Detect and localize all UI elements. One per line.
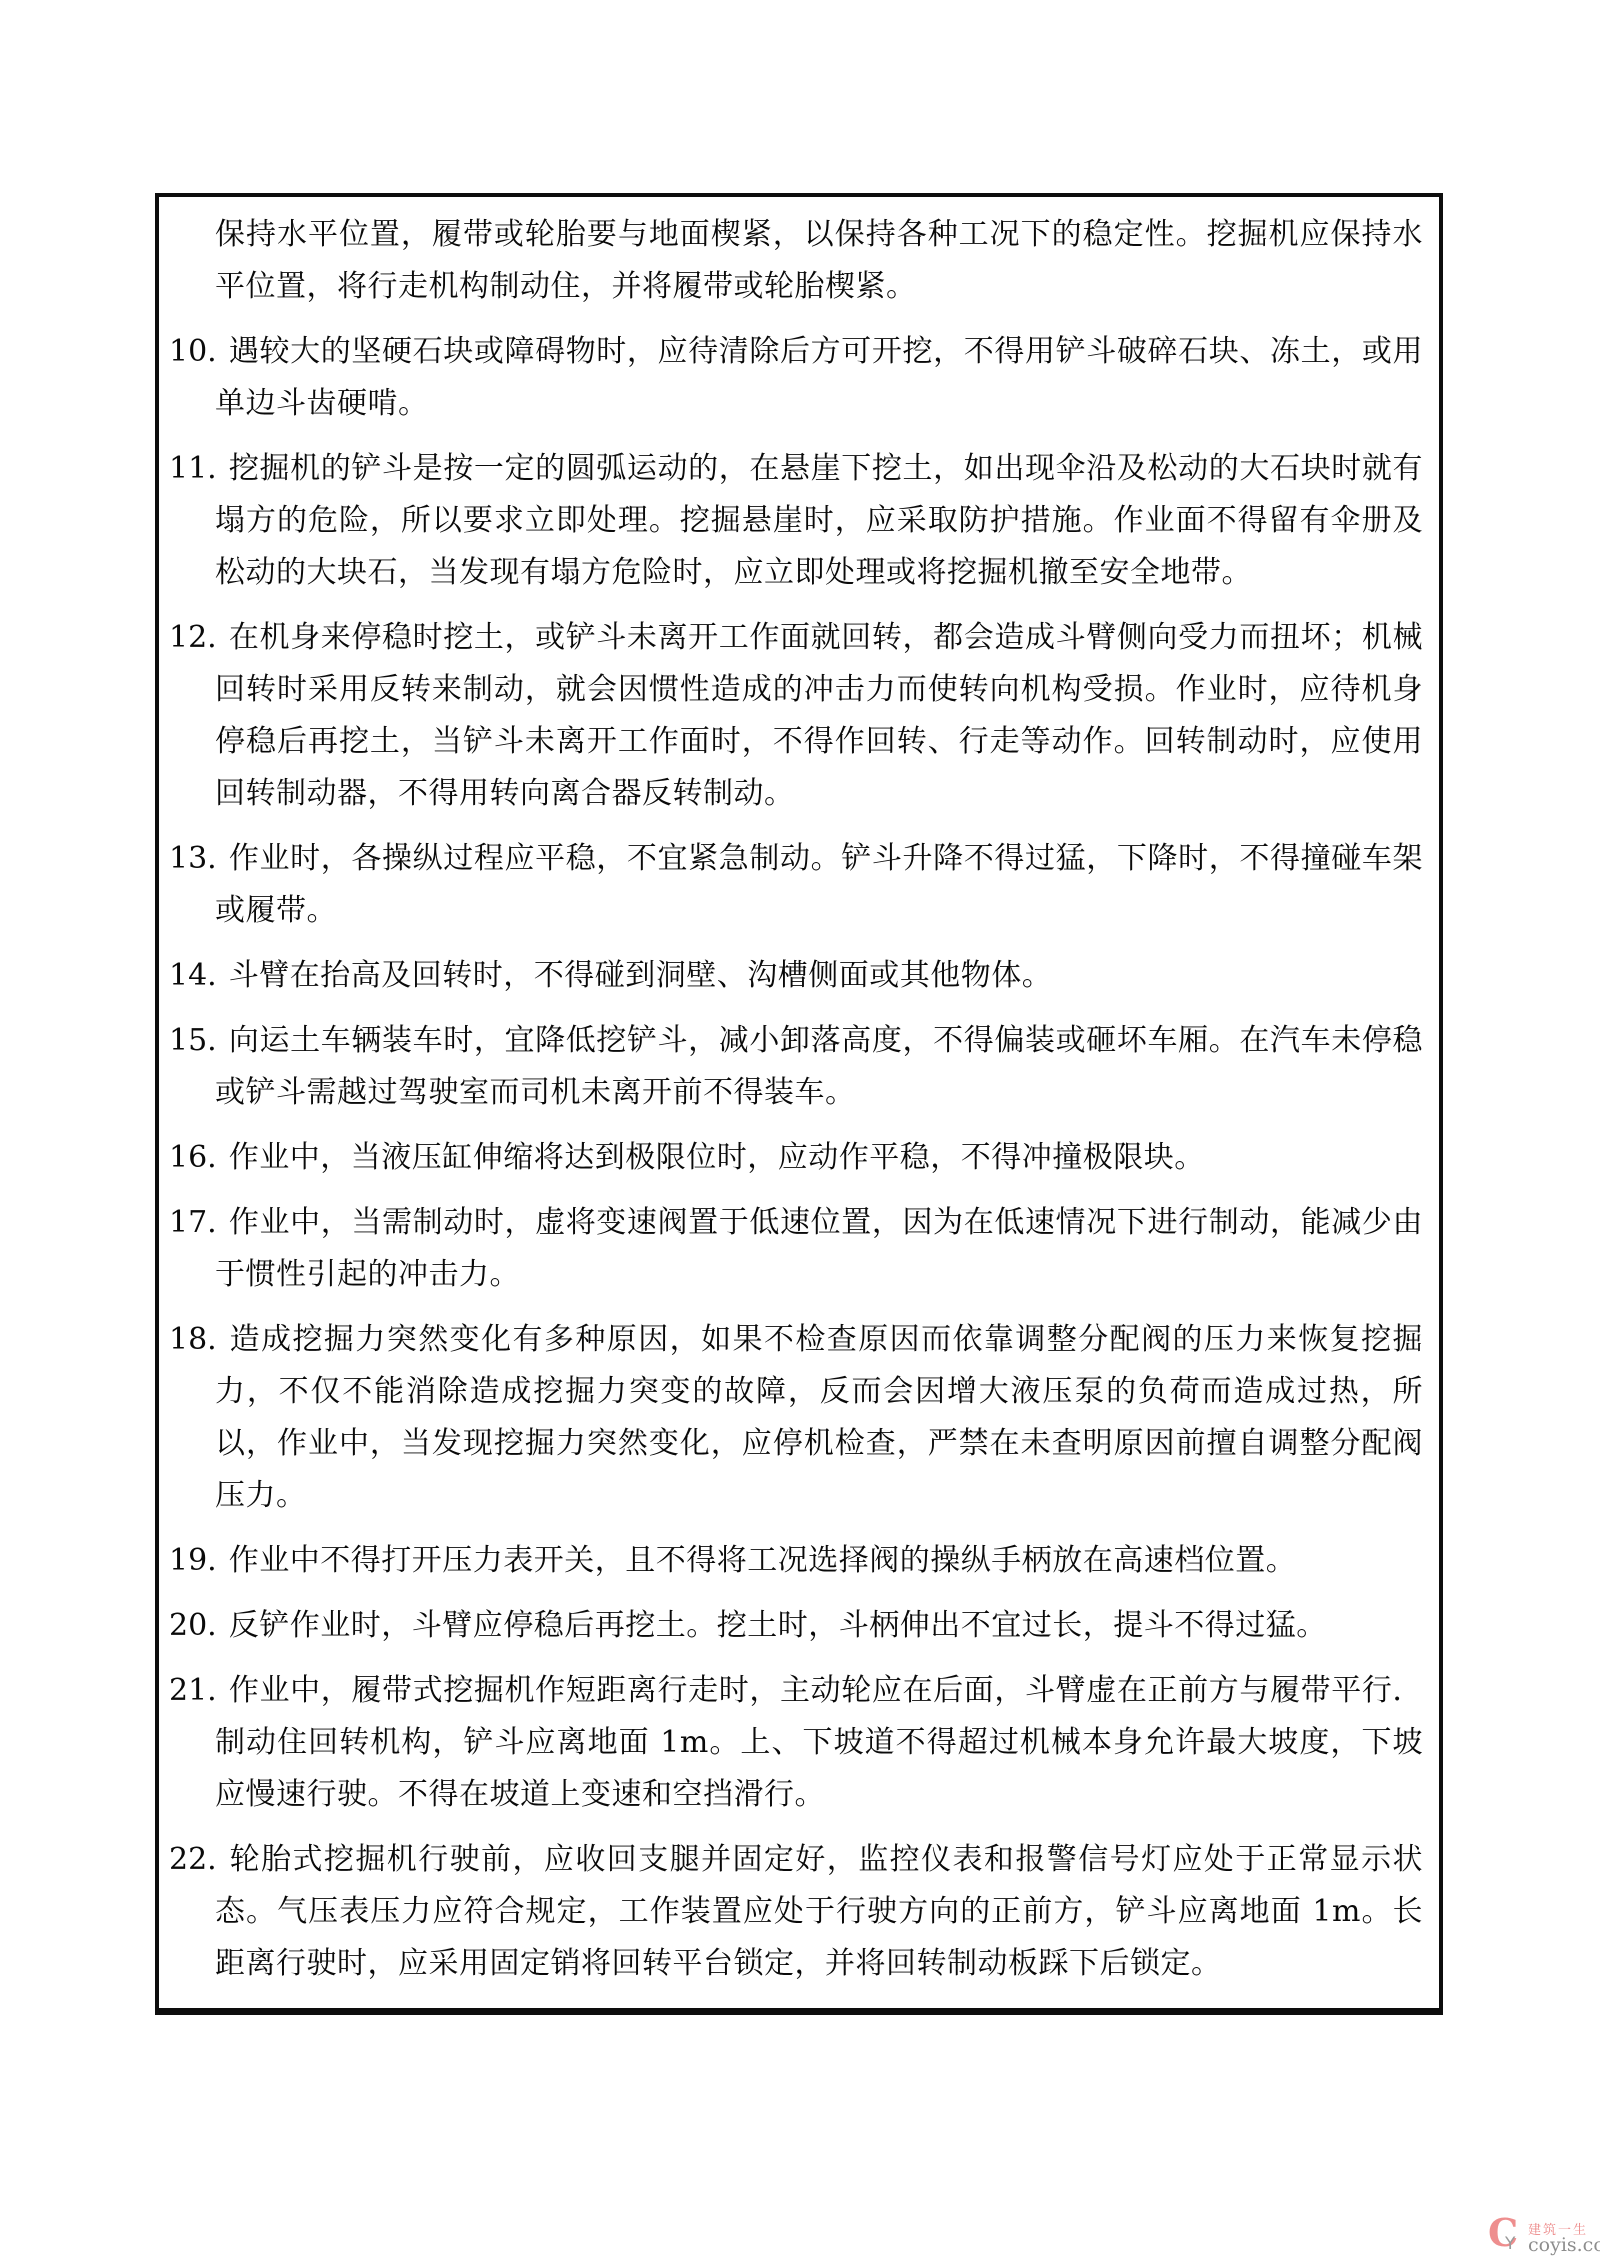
item-text: 作业时，各操纵过程应平稳，不宜紧急制动。铲斗升降不得过猛，下降时，不得撞碰车架或…: [215, 841, 1423, 928]
regulation-item: 16.作业中，当液压缸伸缩将达到极限位时，应动作平稳，不得冲撞极限块。: [169, 1132, 1423, 1184]
document-table-cell: 保持水平位置，履带或轮胎要与地面楔紧，以保持各种工况下的稳定性。挖掘机应保持水平…: [155, 193, 1443, 2015]
item-number: 16.: [169, 1140, 217, 1175]
item-number: 22.: [169, 1842, 217, 1877]
regulation-item: 18.造成挖掘力突然变化有多种原因，如果不检查原因而依靠调整分配阀的压力来恢复挖…: [169, 1314, 1423, 1522]
item-text: 向运土车辆装车时，宜降低挖铲斗，减小卸落高度，不得偏装或砸坏车厢。在汽车未停稳或…: [215, 1023, 1423, 1110]
item-number: 13.: [169, 841, 217, 876]
document-page: 保持水平位置，履带或轮胎要与地面楔紧，以保持各种工况下的稳定性。挖掘机应保持水平…: [0, 0, 1600, 2262]
item-number: 23: [169, 2011, 207, 2015]
regulation-item: 21.作业中，履带式挖掘机作短距离行走时，主动轮应在后面，斗臂虚在正前方与履带平…: [169, 1665, 1423, 1821]
item-number: 11.: [169, 451, 217, 486]
item-number: 14.: [169, 958, 217, 993]
regulation-item: 14.斗臂在抬高及回转时，不得碰到洞壁、沟槽侧面或其他物体。: [169, 950, 1423, 1002]
watermark: C Y 建筑一生 coyis.com: [1488, 2214, 1600, 2260]
item-text: 轮胎式挖掘机行驶前，应收回支腿并固定好，监控仪表和报警信号灯应处于正常显示状态。…: [215, 1842, 1423, 1981]
item-text: 斗臂在抬高及回转时，不得碰到洞壁、沟槽侧面或其他物体。: [229, 958, 1053, 993]
item-text: 在机身来停稳时挖土，或铲斗未离开工作面就回转，都会造成斗臂侧向受力而扭坏；机械回…: [215, 620, 1423, 811]
regulation-item: 13.作业时，各操纵过程应平稳，不宜紧急制动。铲斗升降不得过猛，下降时，不得撞碰…: [169, 833, 1423, 937]
item-number: 20.: [169, 1608, 217, 1643]
item-number: 19.: [169, 1543, 217, 1578]
regulation-item: 15.向运土车辆装车时，宜降低挖铲斗，减小卸落高度，不得偏装或砸坏车厢。在汽车未…: [169, 1015, 1423, 1119]
watermark-domain-text: coyis.com: [1528, 2234, 1600, 2256]
item-text: 造成挖掘力突然变化有多种原因，如果不检查原因而依靠调整分配阀的压力来恢复挖掘力，…: [215, 1322, 1423, 1513]
item-number: 10.: [169, 334, 217, 369]
regulation-item: 23当在坡道上行走且内燃机熄火时，应立即制动并楔住履带或轮胎，待重新发动后．方可…: [169, 2003, 1423, 2015]
item-text: 反铲作业时，斗臂应停稳后再挖土。挖土时，斗柄伸出不宜过长，提斗不得过猛。: [229, 1608, 1327, 1643]
item-number: 17.: [169, 1205, 217, 1240]
item-text: 作业中不得打开压力表开关，且不得将工况选择阀的操纵手柄放在高速档位置。: [229, 1543, 1297, 1578]
item-text: 保持水平位置，履带或轮胎要与地面楔紧，以保持各种工况下的稳定性。挖掘机应保持水平…: [215, 217, 1423, 304]
item-number: 15.: [169, 1023, 217, 1058]
regulation-list: 保持水平位置，履带或轮胎要与地面楔紧，以保持各种工况下的稳定性。挖掘机应保持水平…: [169, 209, 1423, 2015]
item-text: 作业中，履带式挖掘机作短距离行走时，主动轮应在后面，斗臂虚在正前方与履带平行．制…: [215, 1673, 1423, 1812]
regulation-item: 17.作业中，当需制动时，虚将变速阀置于低速位置，因为在低速情况下进行制动，能减…: [169, 1197, 1423, 1301]
item-text: 作业中，当液压缸伸缩将达到极限位时，应动作平稳，不得冲撞极限块。: [229, 1140, 1205, 1175]
coyis-logo-y-icon: Y: [1505, 2234, 1515, 2254]
regulation-item: 19.作业中不得打开压力表开关，且不得将工况选择阀的操纵手柄放在高速档位置。: [169, 1535, 1423, 1587]
item-text: 挖掘机的铲斗是按一定的圆弧运动的，在悬崖下挖土，如出现伞沿及松动的大石块时就有塌…: [215, 451, 1423, 590]
regulation-item: 10.遇较大的坚硬石块或障碍物时，应待清除后方可开挖，不得用铲斗破碎石块、冻土，…: [169, 326, 1423, 430]
item-number: 21.: [169, 1673, 217, 1708]
item-text: 作业中，当需制动时，虚将变速阀置于低速位置，因为在低速情况下进行制动，能减少由于…: [215, 1205, 1423, 1292]
regulation-item-continuation: 保持水平位置，履带或轮胎要与地面楔紧，以保持各种工况下的稳定性。挖掘机应保持水平…: [169, 209, 1423, 313]
item-number: 12.: [169, 620, 217, 655]
regulation-item: 20.反铲作业时，斗臂应停稳后再挖土。挖土时，斗柄伸出不宜过长，提斗不得过猛。: [169, 1600, 1423, 1652]
item-number: 18.: [169, 1322, 217, 1357]
regulation-item: 12.在机身来停稳时挖土，或铲斗未离开工作面就回转，都会造成斗臂侧向受力而扭坏；…: [169, 612, 1423, 820]
regulation-item: 11.挖掘机的铲斗是按一定的圆弧运动的，在悬崖下挖土，如出现伞沿及松动的大石块时…: [169, 443, 1423, 599]
item-text: 当在坡道上行走且内燃机熄火时，应立即制动并楔住履带或轮胎，待重新发动后．方可继续…: [215, 2011, 1423, 2015]
regulation-item: 22.轮胎式挖掘机行驶前，应收回支腿并固定好，监控仪表和报警信号灯应处于正常显示…: [169, 1834, 1423, 1990]
item-text: 遇较大的坚硬石块或障碍物时，应待清除后方可开挖，不得用铲斗破碎石块、冻土，或用单…: [215, 334, 1423, 421]
